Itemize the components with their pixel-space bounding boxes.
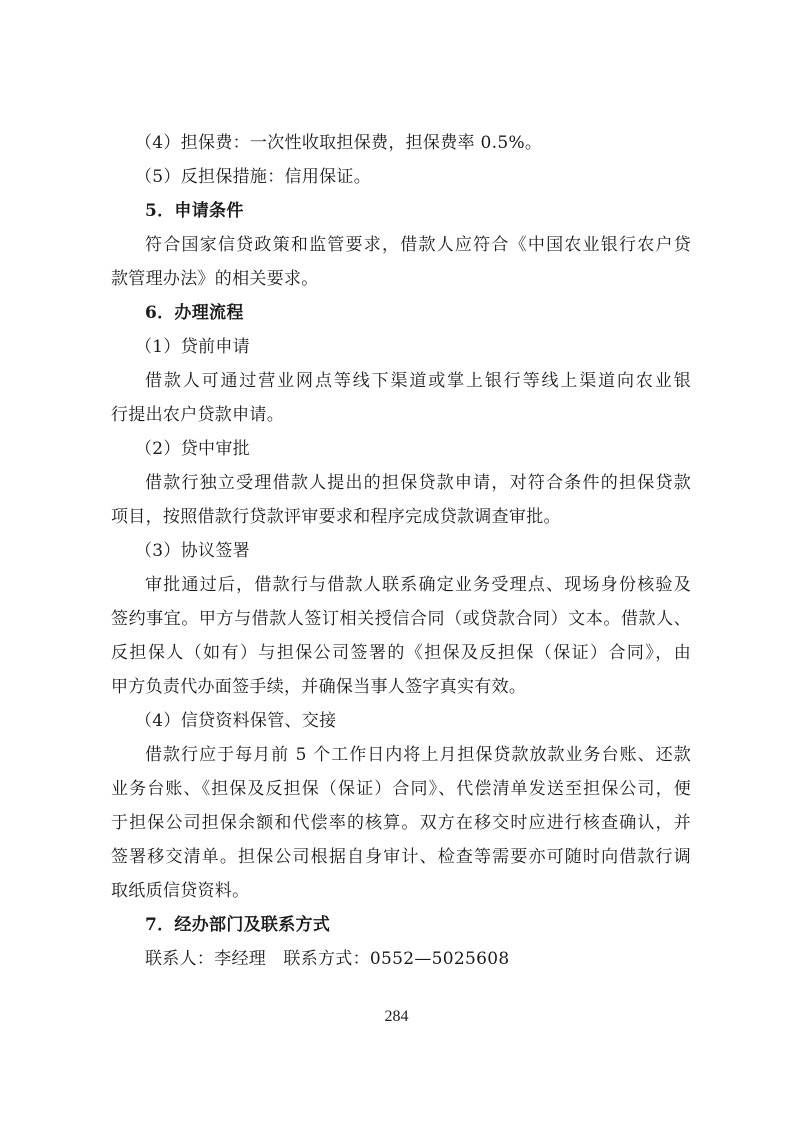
text-line: （5）反担保措施：信用保证。 xyxy=(111,160,691,194)
paragraph-application-conditions: 符合国家信贷政策和监管要求，借款人应符合《中国农业银行农户贷 款管理办法》的相关… xyxy=(111,228,691,296)
text-line: 符合国家信贷政策和监管要求，借款人应符合《中国农业银行农户贷 xyxy=(111,228,691,262)
text-line: 借款人可通过营业网点等线下渠道或掌上银行等线上渠道向农业银 xyxy=(111,364,691,398)
text-line: 款管理办法》的相关要求。 xyxy=(111,262,691,296)
text-line: 业务台账、《担保及反担保（保证）合同》、代偿清单发送至担保公司，便 xyxy=(111,772,691,806)
text-line: 行提出农户贷款申请。 xyxy=(111,398,691,432)
paragraph-credit-file-handover: 借款行应于每月前 5 个工作日内将上月担保贷款放款业务台账、还款 业务台账、《担… xyxy=(111,738,691,908)
text-line: 签署移交清单。担保公司根据自身审计、检查等需要亦可随时向借款行调 xyxy=(111,840,691,874)
text-line: 取纸质信贷资料。 xyxy=(111,874,691,908)
item-guarantee-fee: （4）担保费：一次性收取担保费，担保费率 0.5%。 xyxy=(111,126,691,160)
subheading-loan-approval: （2）贷中审批 xyxy=(111,432,691,466)
text-line: 项目，按照借款行贷款评审要求和程序完成贷款调查审批。 xyxy=(111,500,691,534)
text-line: 审批通过后，借款行与借款人联系确定业务受理点、现场身份核验及 xyxy=(111,568,691,602)
text-line: 于担保公司担保余额和代偿率的核算。双方在移交时应进行核查确认，并 xyxy=(111,806,691,840)
text-line: 反担保人（如有）与担保公司签署的《担保及反担保（保证）合同》，由 xyxy=(111,636,691,670)
subheading-pre-loan-application: （1）贷前申请 xyxy=(111,330,691,364)
paragraph-agreement-signing: 审批通过后，借款行与借款人联系确定业务受理点、现场身份核验及 签约事宜。甲方与借… xyxy=(111,568,691,704)
page-number: 284 xyxy=(0,1008,793,1026)
contact-info: 联系人：李经理 联系方式：0552—5025608 xyxy=(111,942,691,976)
text-line: 借款行应于每月前 5 个工作日内将上月担保贷款放款业务台账、还款 xyxy=(111,738,691,772)
text-line: 借款行独立受理借款人提出的担保贷款申请，对符合条件的担保贷款 xyxy=(111,466,691,500)
section-heading-application-conditions: 5．申请条件 xyxy=(111,194,691,228)
text-line: （4）担保费：一次性收取担保费，担保费率 0.5%。 xyxy=(111,126,691,160)
subheading-agreement-signing: （3）协议签署 xyxy=(111,534,691,568)
text-line: 甲方负责代办面签手续，并确保当事人签字真实有效。 xyxy=(111,670,691,704)
text-line: 签约事宜。甲方与借款人签订相关授信合同（或贷款合同）文本。借款人、 xyxy=(111,602,691,636)
section-heading-process: 6．办理流程 xyxy=(111,296,691,330)
section-heading-contact: 7．经办部门及联系方式 xyxy=(111,908,691,942)
item-counter-guarantee: （5）反担保措施：信用保证。 xyxy=(111,160,691,194)
paragraph-pre-loan-application: 借款人可通过营业网点等线下渠道或掌上银行等线上渠道向农业银 行提出农户贷款申请。 xyxy=(111,364,691,432)
paragraph-loan-approval: 借款行独立受理借款人提出的担保贷款申请，对符合条件的担保贷款 项目，按照借款行贷… xyxy=(111,466,691,534)
subheading-credit-file-handover: （4）信贷资料保管、交接 xyxy=(111,704,691,738)
page-body: （4）担保费：一次性收取担保费，担保费率 0.5%。 （5）反担保措施：信用保证… xyxy=(111,126,691,976)
